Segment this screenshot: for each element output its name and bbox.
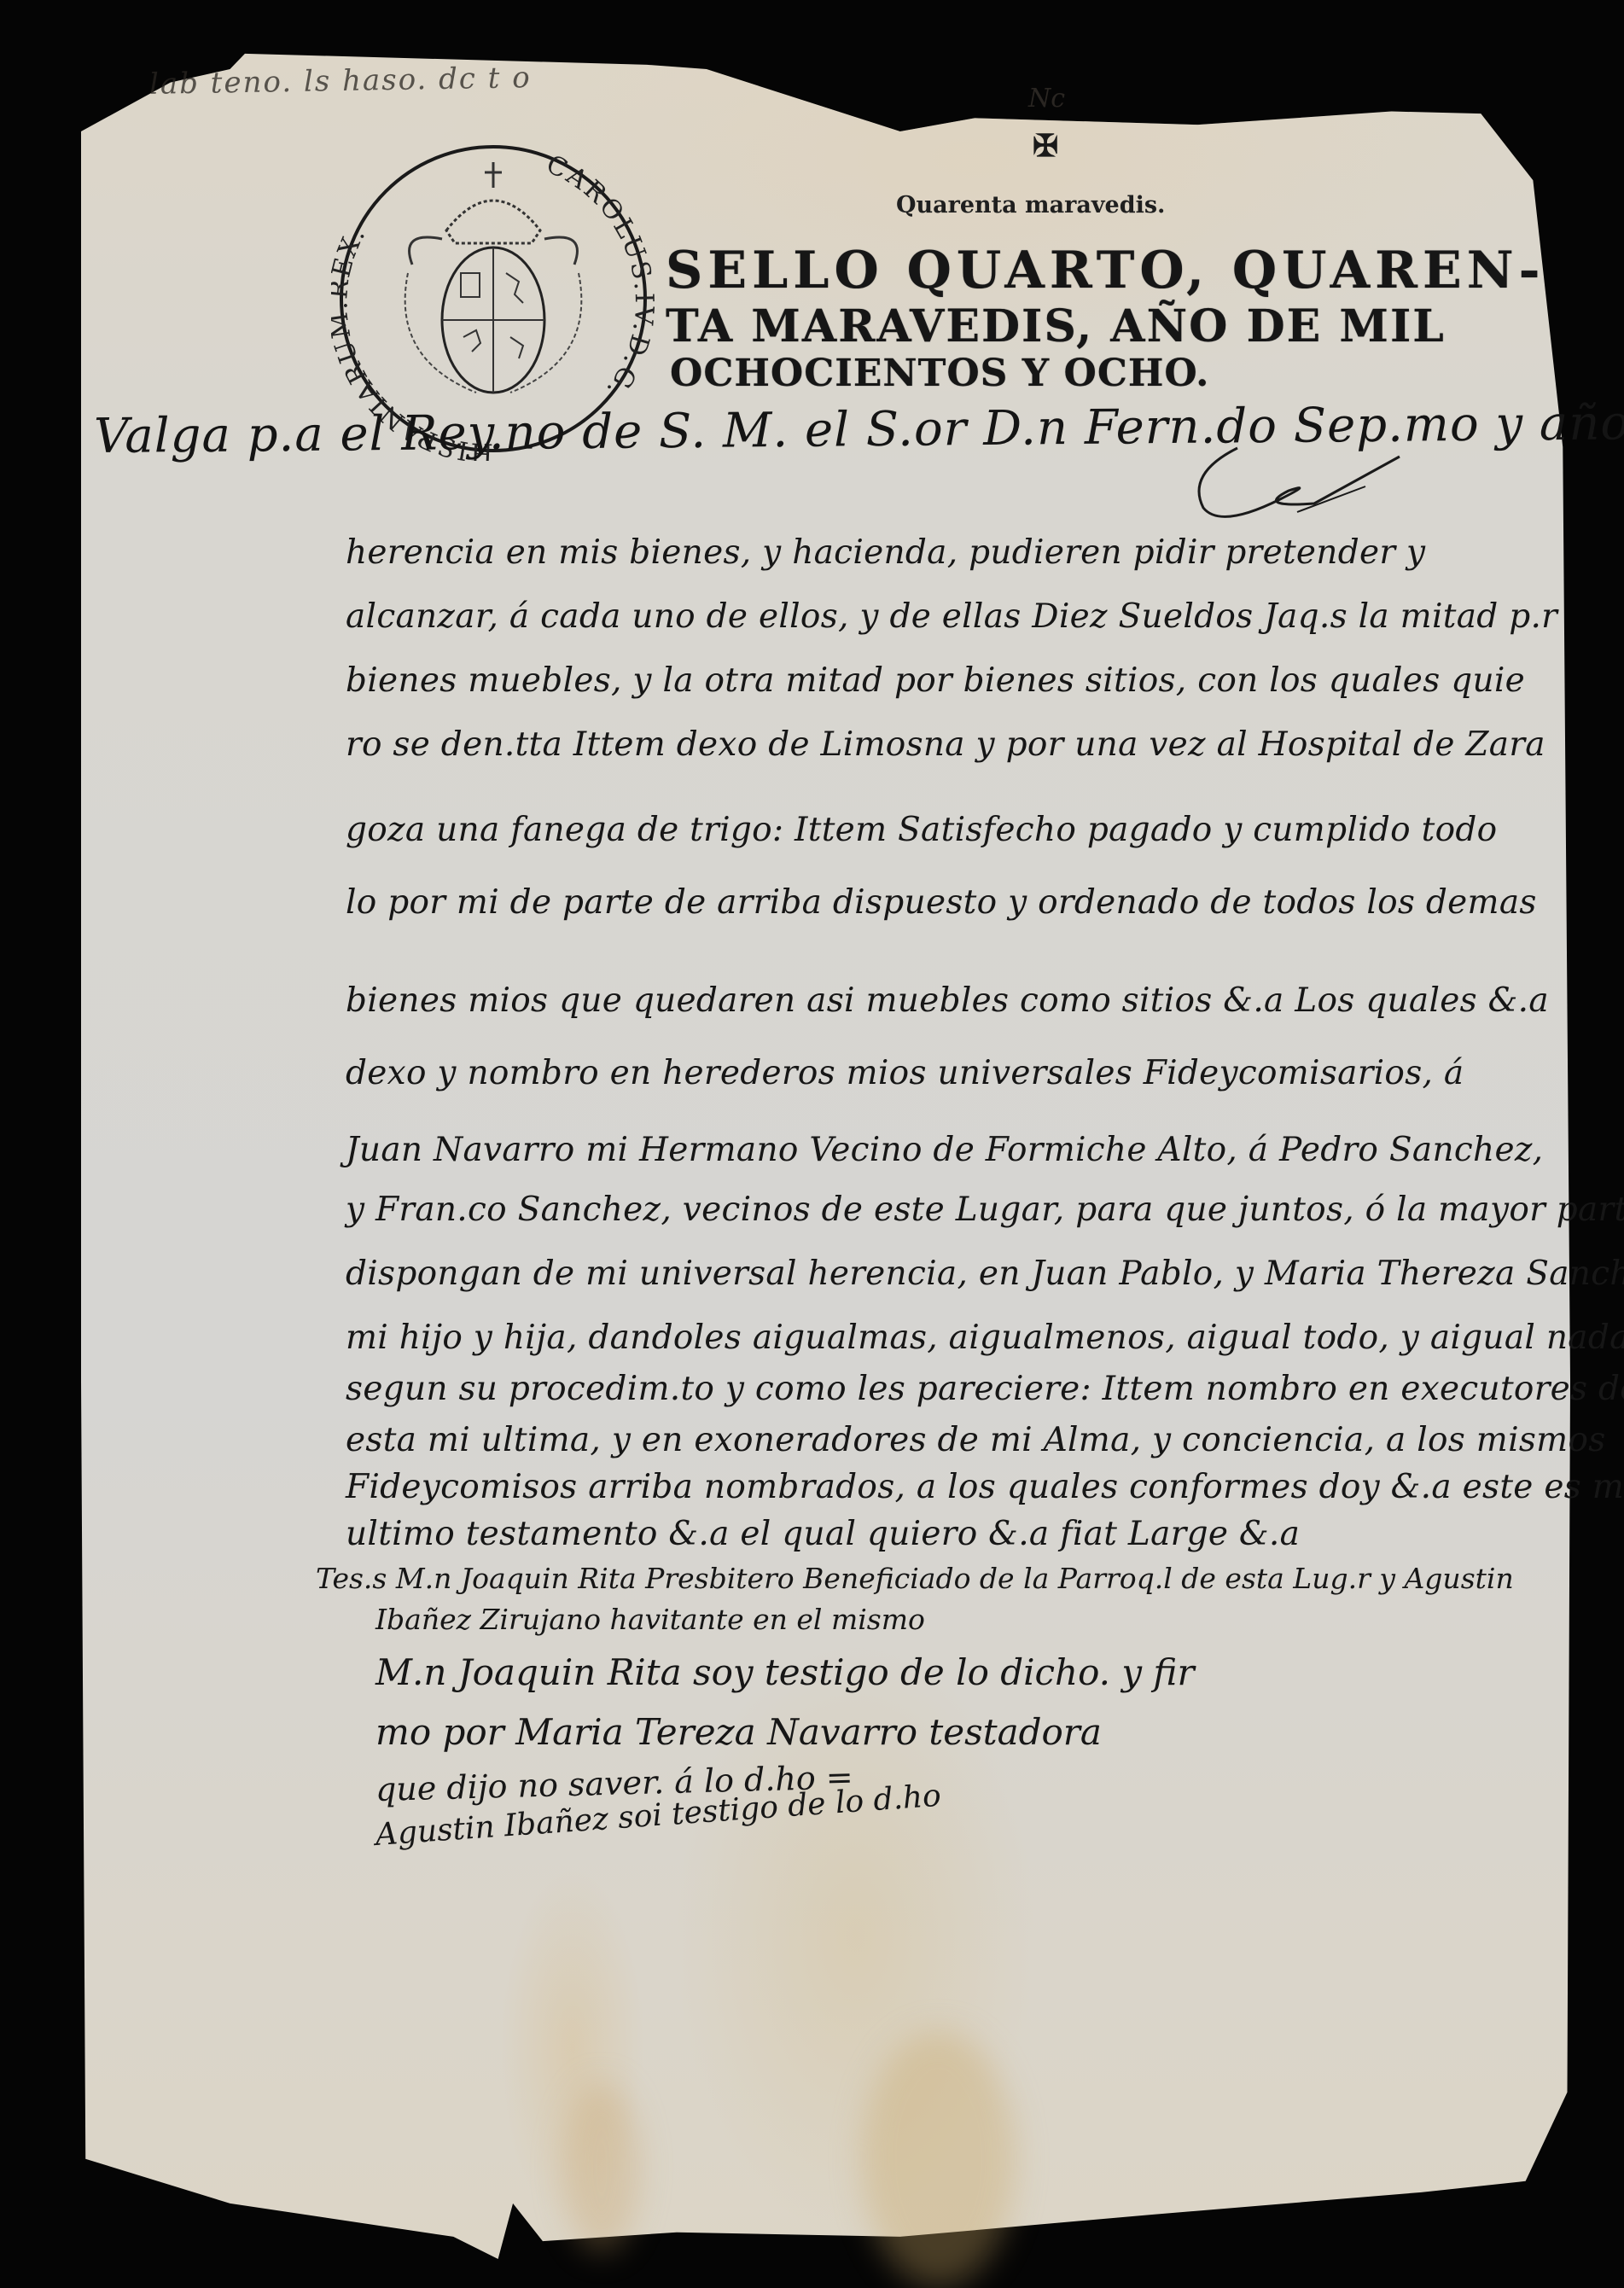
witness-line: Ibañez Zirujano havitante en el mismo — [375, 1603, 925, 1636]
body-line: segun su procedim.to y como les parecier… — [346, 1370, 1624, 1408]
stamp-value-subtitle: Quarenta maravedis. — [896, 192, 1165, 218]
body-line: dexo y nombro en herederos mios universa… — [346, 1054, 1464, 1092]
stamp-line-1: SELLO QUARTO, QUAREN- — [666, 241, 1545, 300]
document-content: lab teno. ls haso. dc t o Nc HISPANIARUM… — [0, 0, 1624, 2288]
water-stain — [563, 2082, 640, 2253]
top-annotation-right: Nc — [1028, 84, 1065, 114]
witness-line: Tes.s M.n Joaquin Rita Presbitero Benefi… — [316, 1562, 1514, 1595]
body-line: esta mi ultima, y en exoneradores de mi … — [346, 1421, 1606, 1459]
rubric-flourish-icon — [1186, 440, 1408, 533]
stamp-line-3: OCHOCIENTOS Y OCHO. — [670, 352, 1210, 395]
body-line: y Fran.co Sanchez, vecinos de este Lugar… — [346, 1191, 1624, 1229]
signature-line: mo por Maria Tereza Navarro testadora — [375, 1711, 1102, 1753]
signature-line: M.n Joaquin Rita soy testigo de lo dicho… — [375, 1651, 1195, 1693]
body-line: dispongan de mi universal herencia, en J… — [346, 1255, 1624, 1293]
body-line: mi hijo y hija, dandoles aigualmas, aigu… — [346, 1319, 1624, 1357]
body-line: lo por mi de parte de arriba dispuesto y… — [346, 883, 1537, 922]
body-line: ultimo testamento &.a el qual quiero &.a… — [346, 1515, 1300, 1553]
top-annotation: lab teno. ls haso. dc t o — [149, 61, 532, 102]
water-stain — [862, 2031, 1016, 2287]
body-line: herencia en mis bienes, y hacienda, pudi… — [346, 533, 1425, 572]
body-line: bienes mios que quedaren asi muebles com… — [346, 981, 1549, 1020]
stamp-line-2: TA MARAVEDIS, AÑO DE MIL — [666, 300, 1446, 352]
cross-icon: ✠ — [1033, 128, 1058, 164]
body-line: bienes muebles, y la otra mitad por bien… — [346, 661, 1525, 700]
body-line: Fideycomisos arriba nombrados, a los qua… — [346, 1468, 1624, 1506]
body-line: ro se den.tta Ittem dexo de Limosna y po… — [346, 725, 1545, 764]
body-line: alcanzar, á cada uno de ellos, y de ella… — [346, 597, 1557, 636]
body-line: Juan Navarro mi Hermano Vecino de Formic… — [346, 1131, 1543, 1169]
svg-text:CAROLUS.IV.D.G.: CAROLUS.IV.D.G. — [542, 149, 655, 405]
body-line: goza una fanega de trigo: Ittem Satisfec… — [346, 811, 1497, 849]
